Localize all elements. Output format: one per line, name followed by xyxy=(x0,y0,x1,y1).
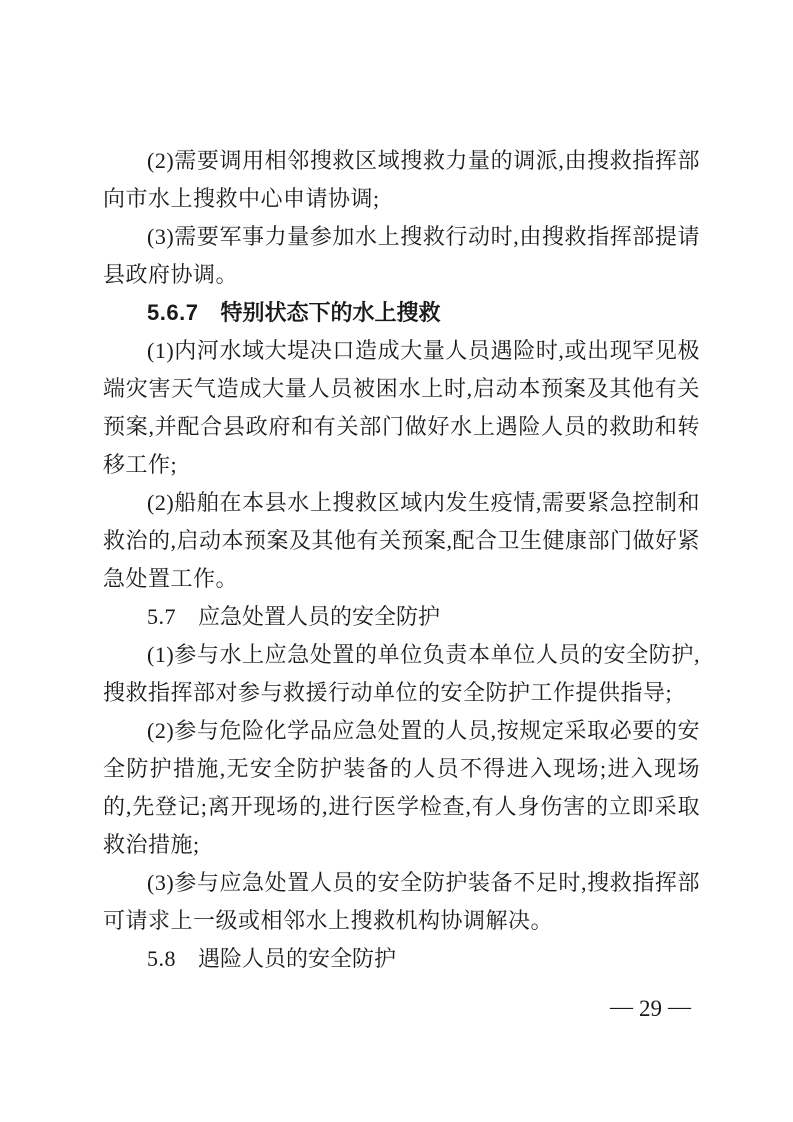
section-number: 5.7 xyxy=(147,604,176,629)
section-heading-5-8: 5.8遇险人员的安全防护 xyxy=(103,940,700,978)
section-heading-5-7: 5.7应急处置人员的安全防护 xyxy=(103,598,700,636)
section-number: 5.8 xyxy=(147,946,176,971)
section-title: 遇险人员的安全防护 xyxy=(198,946,396,971)
section-title: 特别状态下的水上搜救 xyxy=(220,300,440,325)
page-number-right-dash: — xyxy=(668,992,691,1022)
document-body: (2)需要调用相邻搜救区域搜救力量的调派,由搜救指挥部向市水上搜救中心申请协调;… xyxy=(103,142,700,978)
page-number: —29— xyxy=(604,994,697,1024)
paragraph-flood-breach: (1)内河水域大堤决口造成大量人员遇险时,或出现罕见极端灾害天气造成大量人员被困… xyxy=(103,332,700,484)
paragraph-hazmat-protection: (2)参与危险化学品应急处置的人员,按规定采取必要的安全防护措施,无安全防护装备… xyxy=(103,712,700,864)
section-number: 5.6.7 xyxy=(147,300,198,325)
paragraph-coordination-adjacent: (2)需要调用相邻搜救区域搜救力量的调派,由搜救指挥部向市水上搜救中心申请协调; xyxy=(103,142,700,218)
section-heading-5-6-7: 5.6.7特别状态下的水上搜救 xyxy=(103,294,700,332)
document-page: { "page": { "background_color": "#ffffff… xyxy=(0,0,793,1122)
paragraph-responder-protection: (1)参与水上应急处置的单位负责本单位人员的安全防护,搜救指挥部对参与救援行动单… xyxy=(103,636,700,712)
paragraph-epidemic-control: (2)船舶在本县水上搜救区域内发生疫情,需要紧急控制和救治的,启动本预案及其他有… xyxy=(103,484,700,598)
paragraph-equipment-shortage: (3)参与应急处置人员的安全防护装备不足时,搜救指挥部可请求上一级或相邻水上搜救… xyxy=(103,864,700,940)
page-number-left-dash: — xyxy=(610,992,633,1022)
page-number-value: 29 xyxy=(639,996,662,1021)
section-title: 应急处置人员的安全防护 xyxy=(198,604,440,629)
paragraph-military-force: (3)需要军事力量参加水上搜救行动时,由搜救指挥部提请县政府协调。 xyxy=(103,218,700,294)
page-background: (2)需要调用相邻搜救区域搜救力量的调派,由搜救指挥部向市水上搜救中心申请协调;… xyxy=(0,0,793,1122)
